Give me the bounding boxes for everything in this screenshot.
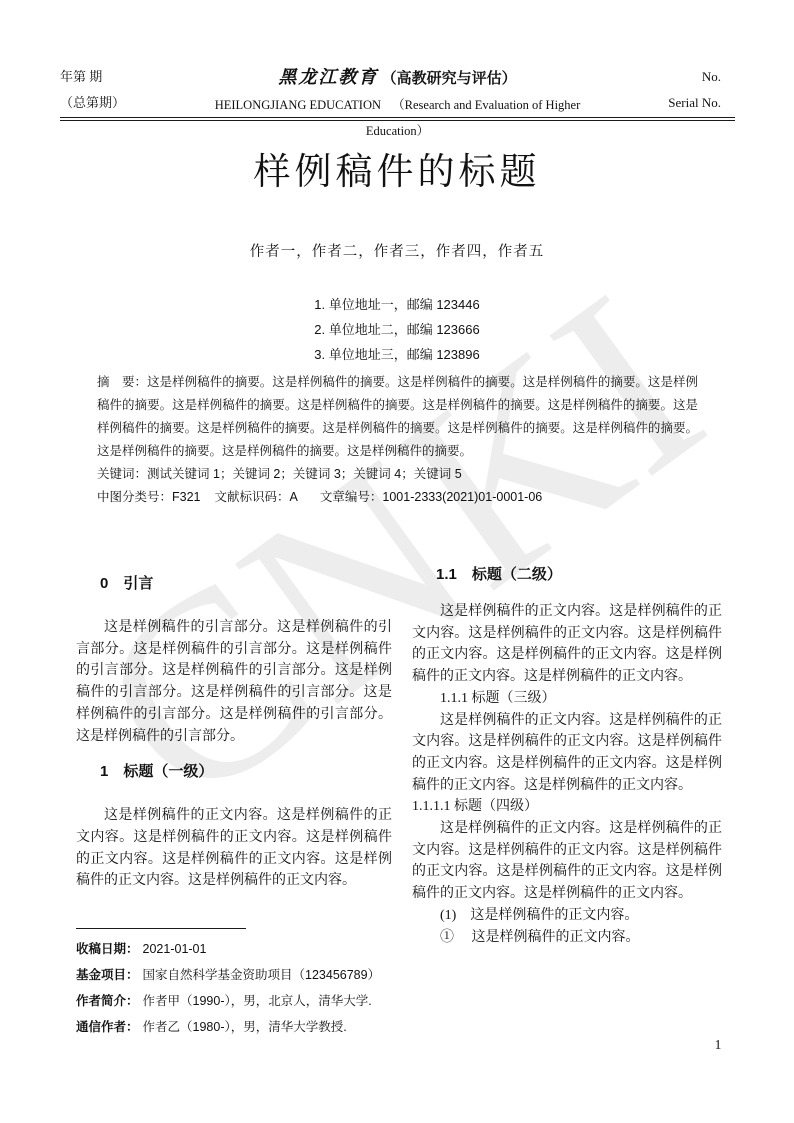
- page-number: 1: [703, 1037, 733, 1053]
- header-double-rule: [60, 117, 735, 121]
- journal-name-line: 黑龙江教育 （高教研究与评估）: [185, 64, 610, 92]
- footnote-row: 收稿日期：2021-01-01: [76, 936, 410, 962]
- section-heading-1-1: 1.1 标题（二级）: [412, 567, 722, 583]
- footnote-text: 作者甲（1990-），男，北京人，清华大学.: [143, 994, 372, 1008]
- clc-value: F321: [172, 490, 201, 504]
- footnote-row: 基金项目：国家自然科学基金资助项目（123456789）: [76, 962, 410, 988]
- abstract-text: 这是样例稿件的摘要。这是样例稿件的摘要。这是样例稿件的摘要。这是样例稿件的摘要。…: [97, 375, 698, 458]
- section-heading-1-1-1-1: 1.1.1.1 标题（四级）: [412, 796, 722, 818]
- page-content: 年第 期 （总第期） 黑龙江教育 （高教研究与评估） HEILONGJIANG …: [0, 0, 794, 1123]
- body-paragraph: 这是样例稿件的正文内容。这是样例稿件的正文内容。这是样例稿件的正文内容。这是样例…: [412, 818, 722, 905]
- section-heading-intro: 0 引言: [76, 576, 392, 592]
- journal-header: 年第 期 （总第期） 黑龙江教育 （高教研究与评估） HEILONGJIANG …: [60, 64, 735, 144]
- header-right: No. Serial No.: [610, 64, 735, 144]
- intro-paragraph: 这是样例稿件的引言部分。这是样例稿件的引言部分。这是样例稿件的引言部分。这是样例…: [76, 617, 392, 747]
- footnote-label: 作者简介：: [76, 994, 139, 1008]
- article-id-value: 1001-2333(2021)01-0001-06: [382, 490, 542, 504]
- article-authors: 作者一，作者二，作者三，作者四，作者五: [0, 240, 794, 261]
- affiliation-item: 2. 单位地址二，邮编 123666: [314, 317, 479, 342]
- abstract-paragraph: 摘 要：这是样例稿件的摘要。这是样例稿件的摘要。这是样例稿件的摘要。这是样例稿件…: [97, 371, 698, 463]
- article-title: 样例稿件的标题: [0, 141, 794, 195]
- footnote-label: 收稿日期：: [76, 942, 139, 956]
- circled-item: ① 这是样例稿件的正文内容。: [412, 927, 722, 949]
- keywords-text: 测试关键词 1；关键词 2；关键词 3；关键词 4；关键词 5: [147, 467, 462, 481]
- doc-code-label: 文献标识码：: [215, 490, 290, 504]
- body-paragraph: 这是样例稿件的正文内容。这是样例稿件的正文内容。这是样例稿件的正文内容。这是样例…: [76, 805, 392, 892]
- total-issue-line: （总第期）: [60, 90, 185, 116]
- left-column: 0 引言 这是样例稿件的引言部分。这是样例稿件的引言部分。这是样例稿件的引言部分…: [76, 560, 392, 892]
- footnote-text: 国家自然科学基金资助项目（123456789）: [143, 968, 381, 982]
- footnote-row: 通信作者：作者乙（1980-），男，清华大学教授.: [76, 1014, 410, 1040]
- body-paragraph: 这是样例稿件的正文内容。这是样例稿件的正文内容。这是样例稿件的正文内容。这是样例…: [412, 710, 722, 797]
- no-label: No.: [610, 64, 721, 90]
- journal-name-en: HEILONGJIANG EDUCATION: [215, 98, 381, 112]
- keywords-label: 关键词：: [97, 467, 147, 481]
- right-column: 1.1 标题（二级） 这是样例稿件的正文内容。这是样例稿件的正文内容。这是样例稿…: [412, 560, 722, 948]
- section-heading-1-1-1: 1.1.1 标题（三级）: [412, 688, 722, 710]
- footnote-row: 作者简介：作者甲（1990-），男，北京人，清华大学.: [76, 988, 410, 1014]
- abstract-label: 摘 要：: [97, 375, 147, 389]
- journal-subtitle-cn: （高教研究与评估）: [382, 70, 517, 87]
- document-page: CNKI 年第 期 （总第期） 黑龙江教育 （高教研究与评估） HEILONGJ…: [0, 0, 794, 1123]
- clc-label: 中图分类号：: [97, 490, 172, 504]
- header-center: 黑龙江教育 （高教研究与评估） HEILONGJIANG EDUCATION （…: [185, 64, 610, 144]
- footnote-rule: [76, 928, 246, 929]
- issue-line: 年第 期: [60, 64, 185, 90]
- article-id-label: 文章编号：: [320, 490, 383, 504]
- affiliation-list-inner: 1. 单位地址一，邮编 123446 2. 单位地址二，邮编 123666 3.…: [314, 292, 479, 367]
- footnote-text: 2021-01-01: [143, 942, 207, 956]
- section-heading-1: 1 标题（一级）: [76, 764, 392, 780]
- affiliation-list: 1. 单位地址一，邮编 123446 2. 单位地址二，邮编 123666 3.…: [0, 292, 794, 367]
- affiliation-item: 3. 单位地址三，邮编 123896: [314, 342, 479, 367]
- footnote-text: 作者乙（1980-），男，清华大学教授.: [143, 1020, 347, 1034]
- footnote-label: 基金项目：: [76, 968, 139, 982]
- clc-line: 中图分类号：F321文献标识码：A文章编号：1001-2333(2021)01-…: [97, 486, 698, 509]
- keywords-line: 关键词：测试关键词 1；关键词 2；关键词 3；关键词 4；关键词 5: [97, 463, 698, 486]
- abstract-block: 摘 要：这是样例稿件的摘要。这是样例稿件的摘要。这是样例稿件的摘要。这是样例稿件…: [97, 371, 698, 509]
- journal-name-cn: 黑龙江教育: [278, 67, 378, 87]
- header-left: 年第 期 （总第期）: [60, 64, 185, 144]
- numbered-item: (1) 这是样例稿件的正文内容。: [412, 905, 722, 927]
- body-paragraph: 这是样例稿件的正文内容。这是样例稿件的正文内容。这是样例稿件的正文内容。这是样例…: [412, 601, 722, 688]
- footnote-block: 收稿日期：2021-01-01 基金项目：国家自然科学基金资助项目（123456…: [76, 928, 410, 1040]
- serial-no-label: Serial No.: [610, 90, 721, 116]
- doc-code-value: A: [290, 490, 298, 504]
- affiliation-item: 1. 单位地址一，邮编 123446: [314, 292, 479, 317]
- footnote-label: 通信作者：: [76, 1020, 139, 1034]
